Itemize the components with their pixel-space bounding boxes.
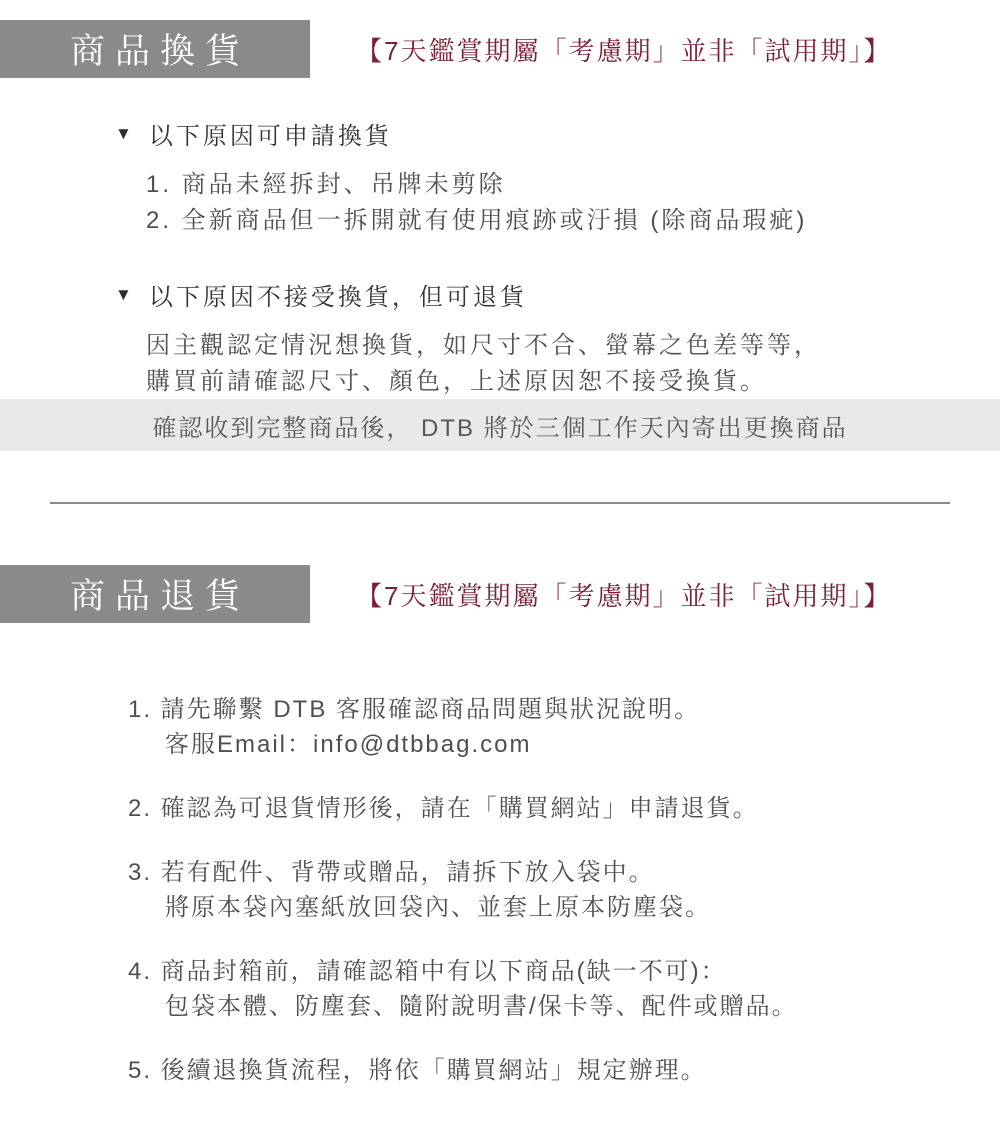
return-steps: 1. 請先聯繫 DTB 客服確認商品問題與狀況說明。 客服Email：info@… bbox=[128, 692, 968, 1117]
return-step-2: 2. 確認為可退貨情形後，請在「購買網站」申請退貨。 bbox=[128, 791, 968, 826]
triangle-marker-icon: ▼ bbox=[115, 285, 135, 305]
step-line: 4. 商品封箱前，請確認箱中有以下商品(缺一不可)： bbox=[128, 954, 968, 989]
group-line: 因主觀認定情況想換貨，如尺寸不合、螢幕之色差等等， bbox=[146, 328, 915, 364]
group-line: 2. 全新商品但一拆開就有使用痕跡或汙損 (除商品瑕疵) bbox=[146, 203, 915, 239]
return-title: 商品退貨 bbox=[60, 569, 250, 619]
group-heading-text: 以下原因不接受換貨，但可退貨 bbox=[149, 277, 527, 312]
exchange-group-allowed: ▼ 以下原因可申請換貨 1. 商品未經拆封、吊牌未剪除 2. 全新商品但一拆開就… bbox=[115, 116, 915, 239]
exchange-title-box: 商品換貨 bbox=[0, 20, 310, 78]
group-heading-text: 以下原因可申請換貨 bbox=[149, 116, 392, 151]
step-line: 5. 後續退換貨流程，將依「購買網站」規定辦理。 bbox=[128, 1053, 968, 1088]
step-line-continuation: 包袋本體、防塵套、隨附說明書/保卡等、配件或贈品。 bbox=[128, 989, 968, 1024]
group-line: 購買前請確認尺寸、顏色，上述原因恕不接受換貨。 bbox=[146, 364, 915, 400]
triangle-marker-icon: ▼ bbox=[115, 124, 135, 144]
group-lines: 1. 商品未經拆封、吊牌未剪除 2. 全新商品但一拆開就有使用痕跡或汙損 (除商… bbox=[146, 167, 915, 239]
group-heading: ▼ 以下原因可申請換貨 bbox=[115, 116, 915, 151]
return-header: 商品退貨 【7天鑑賞期屬「考慮期」並非「試用期」】 bbox=[0, 565, 891, 623]
exchange-title: 商品換貨 bbox=[60, 24, 250, 74]
step-line: 2. 確認為可退貨情形後，請在「購買網站」申請退貨。 bbox=[128, 791, 968, 826]
step-line: 1. 請先聯繫 DTB 客服確認商品問題與狀況說明。 bbox=[128, 692, 968, 727]
exchange-shipping-banner: 確認收到完整商品後， DTB 將於三個工作天內寄出更換商品 bbox=[0, 399, 1000, 451]
return-notice: 【7天鑑賞期屬「考慮期」並非「試用期」】 bbox=[356, 576, 891, 613]
group-heading: ▼ 以下原因不接受換貨，但可退貨 bbox=[115, 277, 915, 312]
exchange-header: 商品換貨 【7天鑑賞期屬「考慮期」並非「試用期」】 bbox=[0, 20, 891, 78]
return-step-4: 4. 商品封箱前，請確認箱中有以下商品(缺一不可)： 包袋本體、防塵套、隨附說明… bbox=[128, 954, 968, 1024]
group-lines: 因主觀認定情況想換貨，如尺寸不合、螢幕之色差等等， 購買前請確認尺寸、顏色，上述… bbox=[146, 328, 915, 400]
exchange-content: ▼ 以下原因可申請換貨 1. 商品未經拆封、吊牌未剪除 2. 全新商品但一拆開就… bbox=[115, 116, 915, 438]
step-line: 3. 若有配件、背帶或贈品，請拆下放入袋中。 bbox=[128, 855, 968, 890]
exchange-notice: 【7天鑑賞期屬「考慮期」並非「試用期」】 bbox=[356, 31, 891, 68]
step-line-continuation: 將原本袋內塞紙放回袋內、並套上原本防塵袋。 bbox=[128, 890, 968, 925]
section-divider bbox=[50, 502, 950, 504]
return-step-1: 1. 請先聯繫 DTB 客服確認商品問題與狀況說明。 客服Email：info@… bbox=[128, 692, 968, 762]
product-policy-page: 商品換貨 【7天鑑賞期屬「考慮期」並非「試用期」】 ▼ 以下原因可申請換貨 1.… bbox=[0, 0, 1000, 1141]
exchange-group-not-allowed: ▼ 以下原因不接受換貨，但可退貨 因主觀認定情況想換貨，如尺寸不合、螢幕之色差等… bbox=[115, 277, 915, 400]
return-step-3: 3. 若有配件、背帶或贈品，請拆下放入袋中。 將原本袋內塞紙放回袋內、並套上原本… bbox=[128, 855, 968, 925]
return-title-box: 商品退貨 bbox=[0, 565, 310, 623]
step-line-continuation: 客服Email：info@dtbbag.com bbox=[128, 727, 968, 762]
return-step-5: 5. 後續退換貨流程，將依「購買網站」規定辦理。 bbox=[128, 1053, 968, 1088]
group-line: 1. 商品未經拆封、吊牌未剪除 bbox=[146, 167, 915, 203]
